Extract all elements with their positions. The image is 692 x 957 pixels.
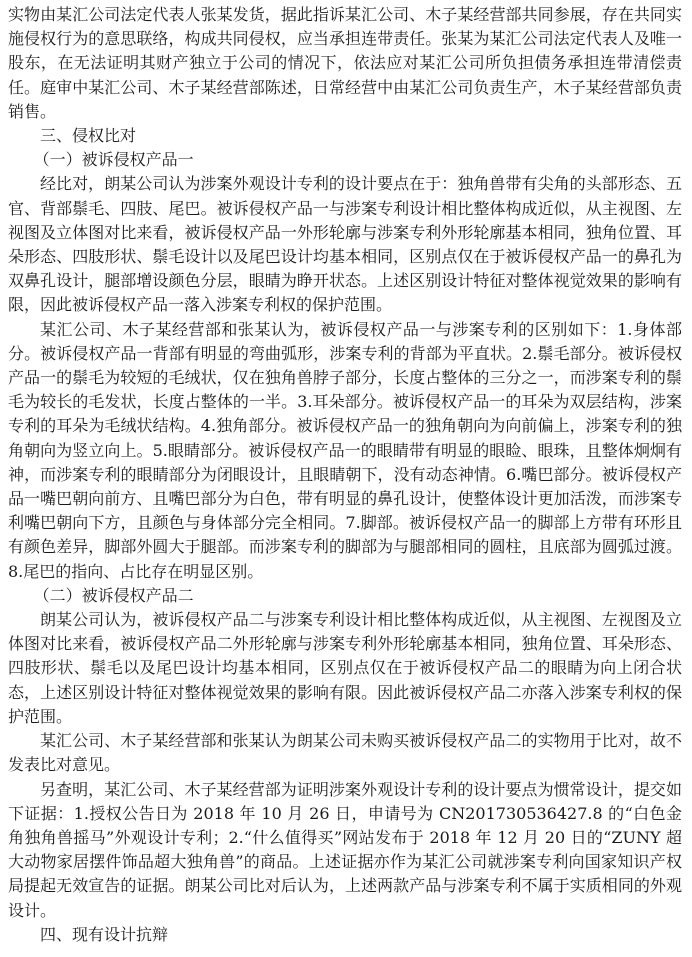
paragraph-joint-infringement-continued: 实物由某汇公司法定代表人张某发货，据此指诉某汇公司、木子某经营部共同参展，存在共… bbox=[8, 3, 682, 124]
paragraph-defendant-differences-product-one: 某汇公司、木子某经营部和张某认为，被诉侵权产品一与涉案专利的区别如下：1.身体部… bbox=[8, 318, 682, 584]
paragraph-evidence-customary-design: 另查明，某汇公司、木子某经营部为证明涉案外观设计专利的设计要点为惯常设计，提交如… bbox=[8, 778, 682, 923]
document-page: 实物由某汇公司法定代表人张某发货，据此指诉某汇公司、木子某经营部共同参展，存在共… bbox=[0, 3, 692, 957]
paragraph-defendant-no-opinion-product-two: 某汇公司、木子某经营部和张某认为朗某公司未购买被诉侵权产品二的实物用于比对，故不… bbox=[8, 729, 682, 777]
subsection-heading-product-one: （一）被诉侵权产品一 bbox=[8, 148, 682, 172]
paragraph-plaintiff-comparison-product-one: 经比对，朗某公司认为涉案外观设计专利的设计要点在于：独角兽带有尖角的头部形态、五… bbox=[8, 172, 682, 317]
section-heading-infringement-comparison: 三、侵权比对 bbox=[8, 124, 682, 148]
section-heading-prior-design-defense: 四、现有设计抗辩 bbox=[8, 923, 682, 947]
subsection-heading-product-two: （二）被诉侵权产品二 bbox=[8, 584, 682, 608]
paragraph-plaintiff-comparison-product-two: 朗某公司认为，被诉侵权产品二与涉案专利设计相比整体构成近似，从主视图、左视图及立… bbox=[8, 608, 682, 729]
